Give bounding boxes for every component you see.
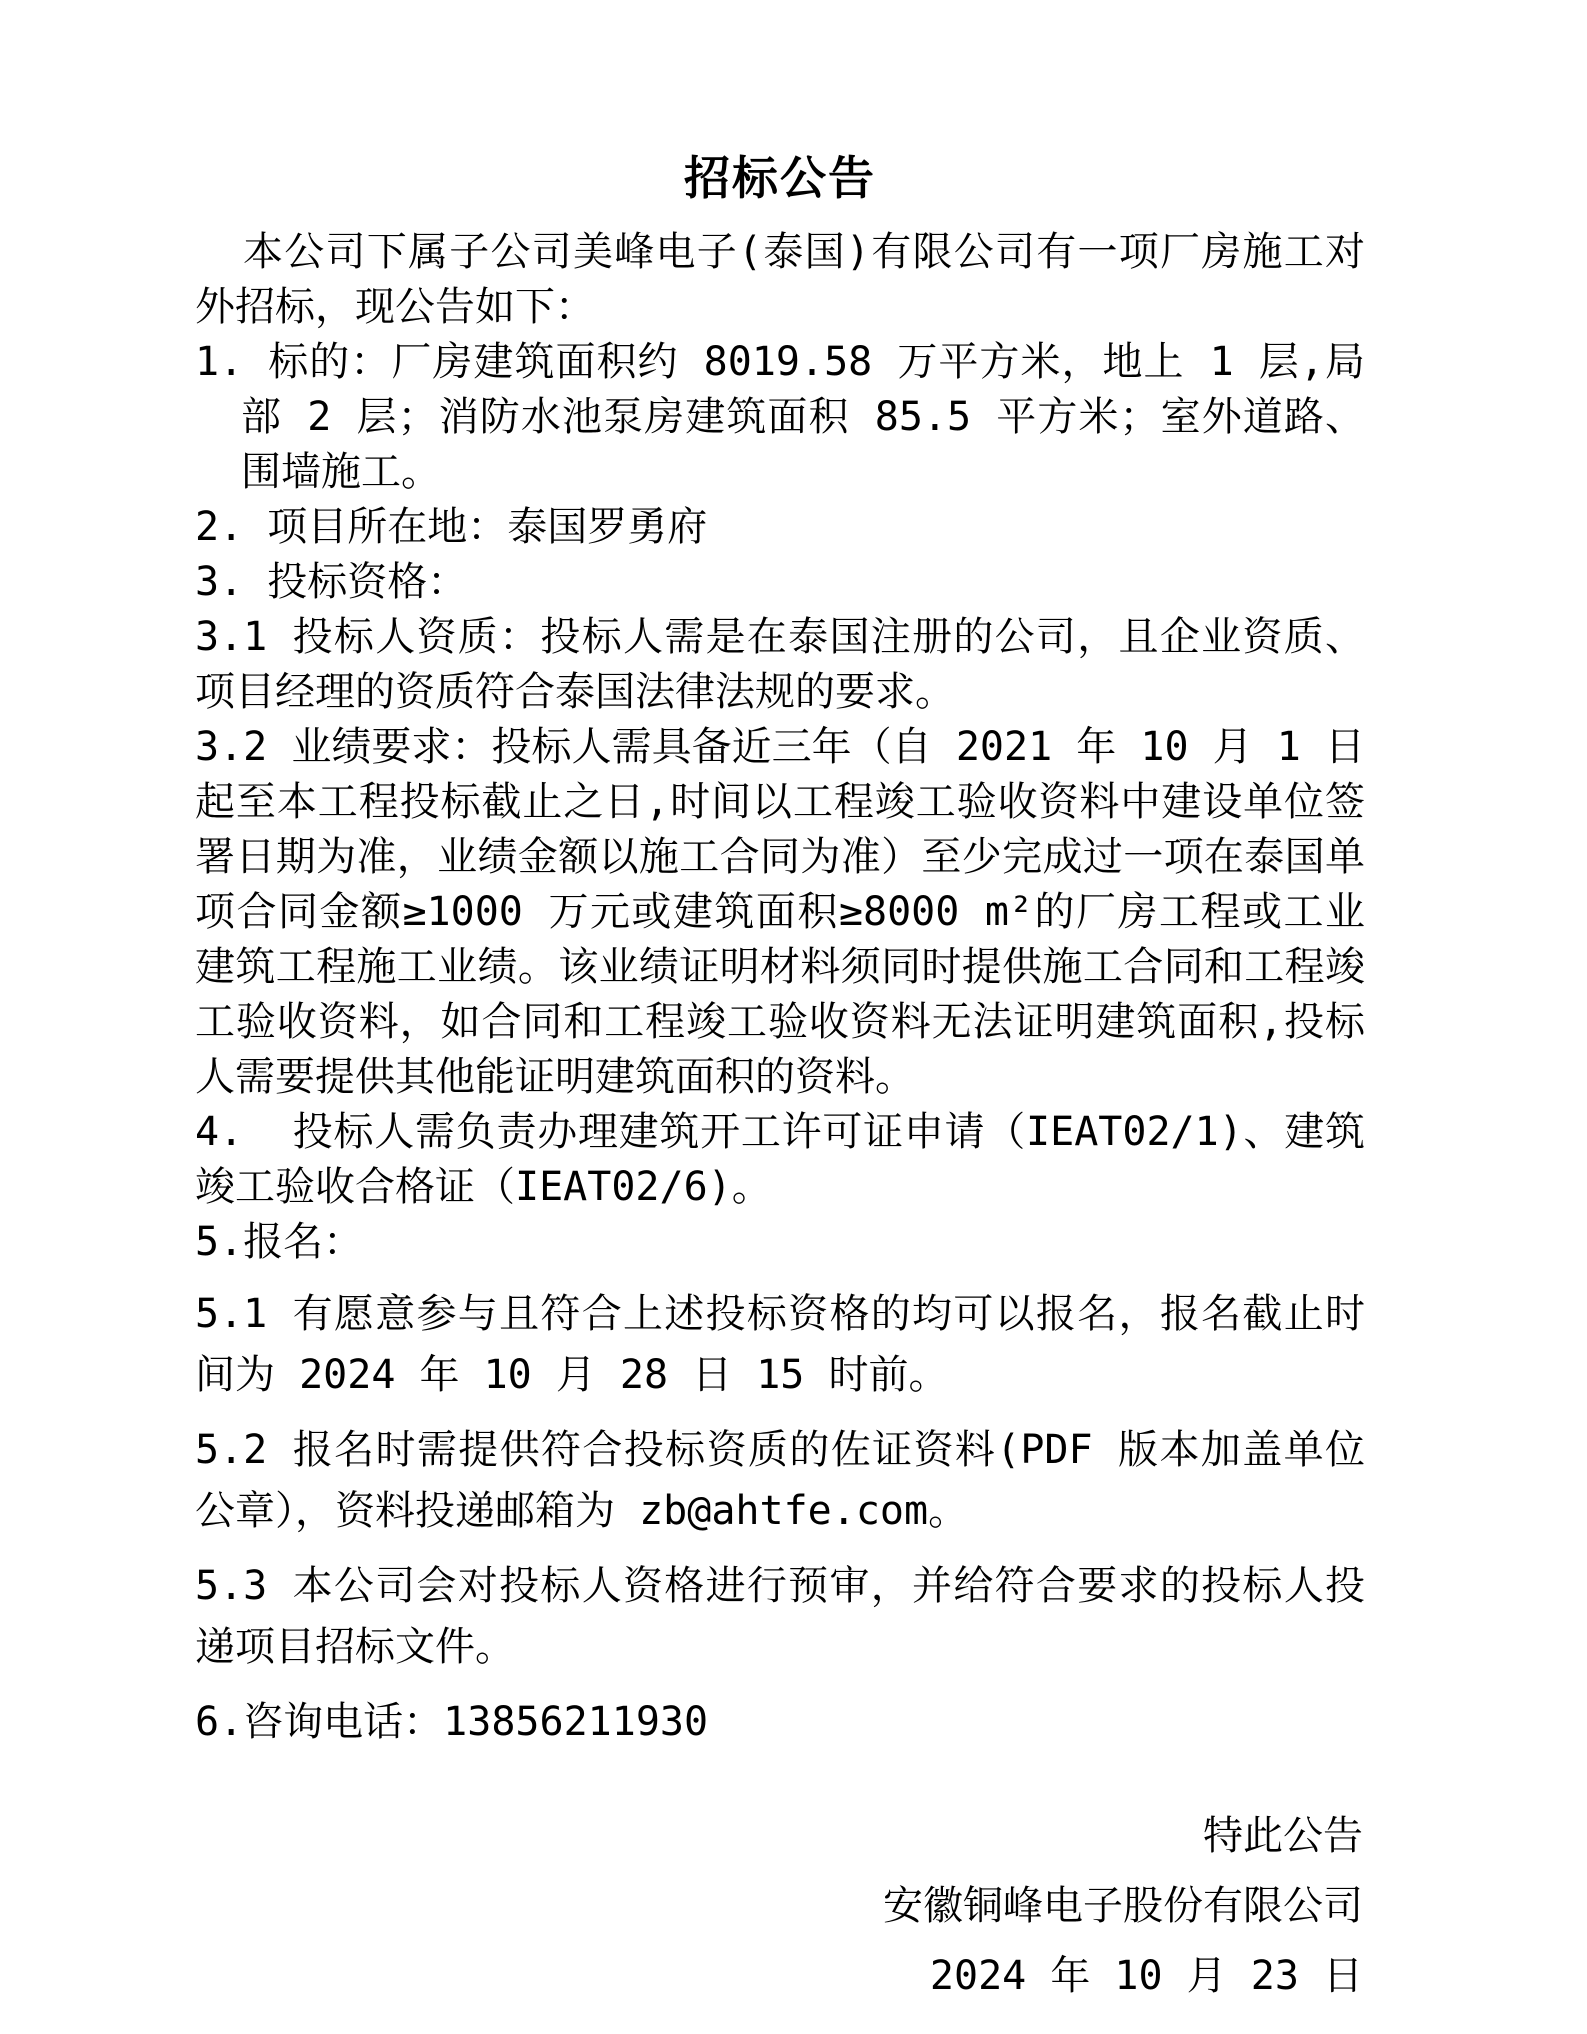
document-page: 招标公告 本公司下属子公司美峰电子(泰国)有限公司有一项厂房施工对外招标，现公告… [0, 0, 1587, 2034]
section-4-permit-responsibility: 4. 投标人需负责办理建筑开工许可证申请（IEAT02/1)、建筑竣工验收合格证… [195, 1105, 1365, 1215]
page-title: 招标公告 [195, 155, 1365, 201]
section-5-2-registration-materials: 5.2 报名时需提供符合投标资质的佐证资料(PDF 版本加盖单位公章），资料投递… [195, 1420, 1365, 1542]
section-5-registration-heading: 5.报名： [195, 1215, 1365, 1270]
closing-block: 特此公告 安徽铜峰电子股份有限公司 2024 年 10 月 23 日 [195, 1801, 1365, 2011]
section-1-subject: 1. 标的：厂房建筑面积约 8019.58 万平方米，地上 1 层,局部 2 层… [195, 335, 1365, 500]
section-5-1-registration-deadline: 5.1 有愿意参与且符合上述投标资格的均可以报名，报名截止时间为 2024 年 … [195, 1284, 1365, 1406]
section-3-qualification-heading: 3. 投标资格： [195, 555, 1365, 610]
company-name: 安徽铜峰电子股份有限公司 [195, 1871, 1363, 1941]
section-5-3-prequalification: 5.3 本公司会对投标人资格进行预审，并给符合要求的投标人投递项目招标文件。 [195, 1556, 1365, 1678]
announcement-date: 2024 年 10 月 23 日 [195, 1941, 1363, 2011]
intro-paragraph: 本公司下属子公司美峰电子(泰国)有限公司有一项厂房施工对外招标，现公告如下： [195, 225, 1365, 335]
closing-statement: 特此公告 [195, 1801, 1363, 1871]
section-6-contact-phone: 6.咨询电话：13856211930 [195, 1692, 1365, 1753]
document-content: 招标公告 本公司下属子公司美峰电子(泰国)有限公司有一项厂房施工对外招标，现公告… [195, 155, 1365, 2011]
section-3-2-performance-requirement: 3.2 业绩要求：投标人需具备近三年（自 2021 年 10 月 1 日起至本工… [195, 720, 1365, 1105]
section-3-1-bidder-qualification: 3.1 投标人资质：投标人需是在泰国注册的公司，且企业资质、项目经理的资质符合泰… [195, 610, 1365, 720]
section-2-location: 2. 项目所在地：泰国罗勇府 [195, 500, 1365, 555]
